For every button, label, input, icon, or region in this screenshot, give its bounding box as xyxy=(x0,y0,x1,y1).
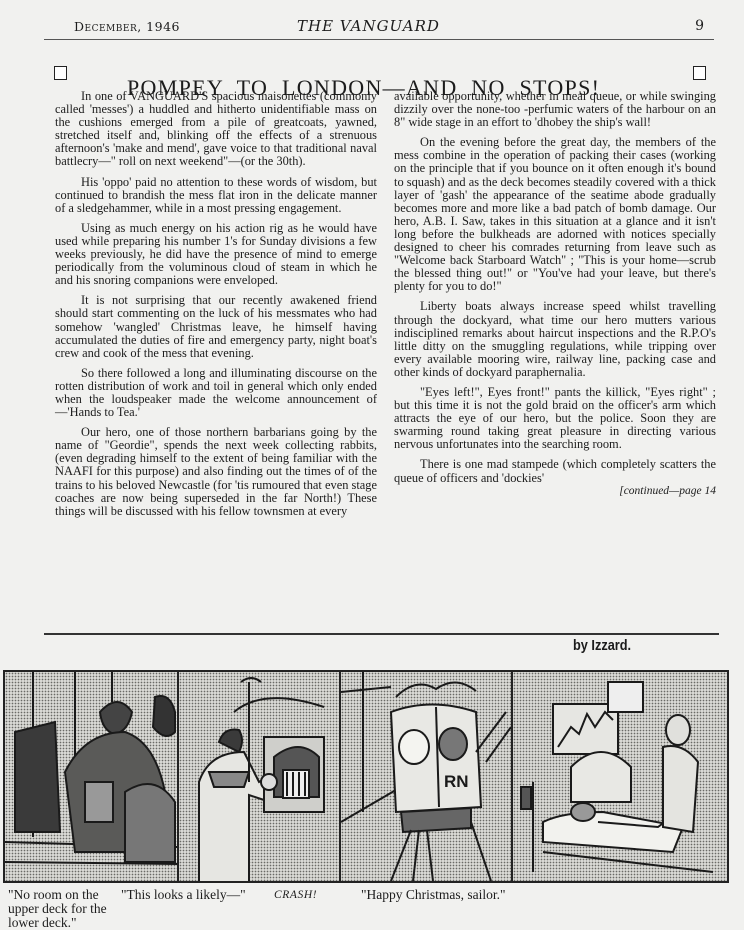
paragraph-continuation: available opportunity, whether in meal q… xyxy=(394,90,716,129)
article-column-left: In one of VANGUARD'S spacious maisonette… xyxy=(55,90,377,518)
caption-panel-1: "No room on the upper deck for the lower… xyxy=(8,888,118,930)
running-head: December, 1946 THE VANGUARD 9 xyxy=(44,17,714,40)
paragraph: In one of VANGUARD'S spacious maisonette… xyxy=(55,90,377,169)
paragraph: There is one mad stampede (which complet… xyxy=(394,458,716,484)
square-ornament-icon xyxy=(54,66,67,80)
divider xyxy=(44,633,719,635)
page-number: 9 xyxy=(695,18,704,34)
paragraph: On the evening before the great day, the… xyxy=(394,136,716,293)
square-ornament-icon xyxy=(693,66,706,80)
sailor-hailing-cab-illustration xyxy=(179,672,339,881)
paragraph: It is not surprising that our recently a… xyxy=(55,294,377,359)
paragraph: "Eyes left!", Eyes front!" pants the kil… xyxy=(394,386,716,451)
article-column-right: available opportunity, whether in meal q… xyxy=(394,90,716,498)
cartoon-byline: by Izzard. xyxy=(573,637,631,654)
continued-link[interactable]: [continued—page 14 xyxy=(394,485,716,498)
crowded-train-illustration xyxy=(5,672,177,881)
paragraph: So there followed a long and illuminatin… xyxy=(55,367,377,419)
caption-panel-3: CRASH! xyxy=(274,888,317,902)
cartoon-panel-3: RN xyxy=(339,672,511,881)
caption-panel-4: "Happy Christmas, sailor." xyxy=(361,888,506,902)
hospital-bed-illustration xyxy=(513,672,727,881)
caption-panel-2: "This looks a likely—" xyxy=(121,888,246,902)
rn-van-crash-illustration: RN xyxy=(341,672,511,881)
cartoon-panel-1 xyxy=(3,672,177,881)
rn-vehicle-label: RN xyxy=(444,772,469,791)
cartoon-strip: RN xyxy=(3,670,729,883)
issue-date: December, 1946 xyxy=(74,19,180,34)
cartoon-panel-2 xyxy=(177,672,339,881)
publication-title: THE VANGUARD xyxy=(297,17,440,35)
paragraph: Our hero, one of those northern barbaria… xyxy=(55,426,377,518)
paragraph: Using as much energy on his action rig a… xyxy=(55,222,377,287)
paragraph: His 'oppo' paid no attention to these wo… xyxy=(55,176,377,215)
paragraph: Liberty boats always increase speed whil… xyxy=(394,300,716,379)
cartoon-panel-4 xyxy=(511,672,729,881)
headline-row: POMPEY TO LONDON—AND NO STOPS! xyxy=(44,58,714,88)
